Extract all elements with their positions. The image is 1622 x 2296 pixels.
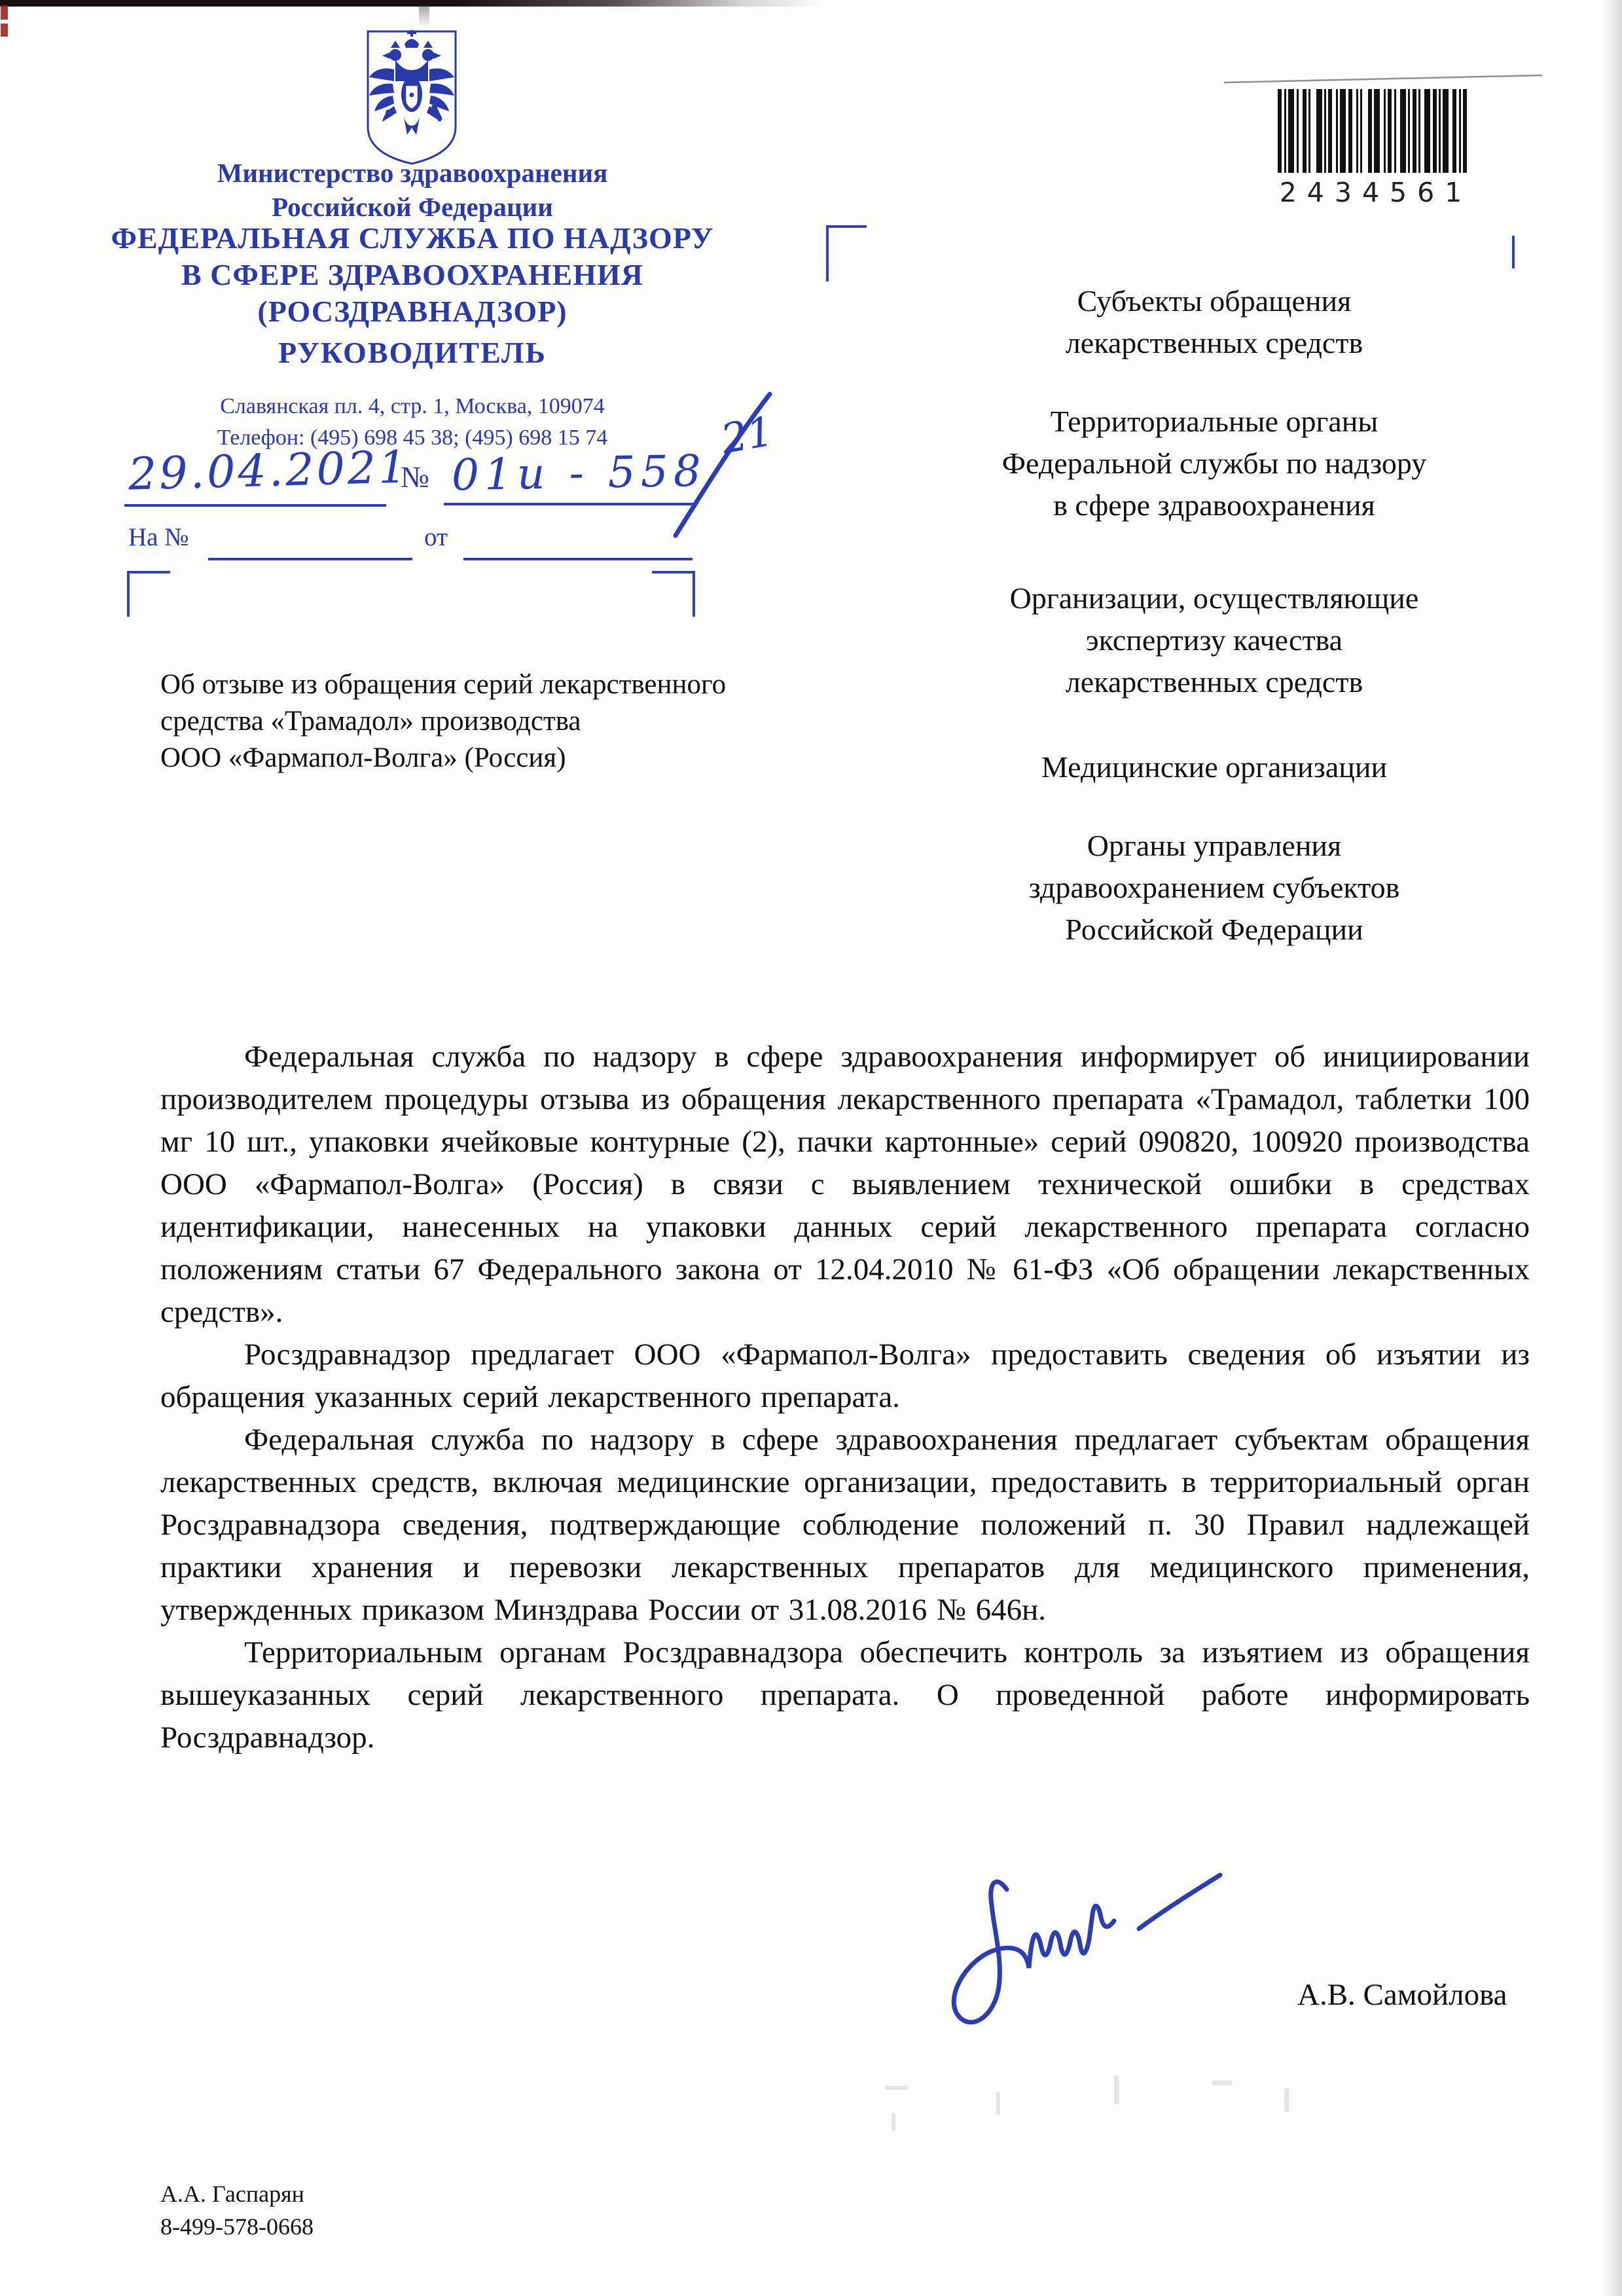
office-address: Славянская пл. 4, стр. 1, Москва, 109074 [85, 391, 740, 422]
scan-ghost-mark [996, 2092, 1000, 2115]
body-paragraph: Федеральная служба по надзору в сфере зд… [160, 1419, 1530, 1631]
executor-name: А.А. Гаспарян [160, 2180, 304, 2208]
ref-date-underline [463, 558, 693, 560]
ref-number-underline [208, 558, 412, 560]
date-underline [124, 504, 386, 507]
recipient-group: Субъекты обращения лекарственных средств [952, 280, 1476, 364]
recipient-group: Организации, осуществляющие экспертизу к… [952, 577, 1476, 703]
corner-bracket-icon [127, 571, 170, 617]
scan-ghost-mark [885, 2086, 907, 2090]
scan-ghost-mark [892, 2113, 895, 2130]
barcode: 2434561 [1278, 89, 1474, 208]
letter-body: Федеральная служба по надзору в сфере зд… [160, 1036, 1530, 1759]
scan-ghost-mark [1212, 2081, 1232, 2085]
service-name: ФЕДЕРАЛЬНАЯ СЛУЖБА ПО НАДЗОРУ В СФЕРЕ ЗД… [85, 220, 740, 330]
ref-number-label: На № [128, 522, 189, 552]
executor-phone: 8-499-578-0668 [160, 2213, 314, 2240]
body-paragraph: Федеральная служба по надзору в сфере зд… [160, 1036, 1530, 1334]
scan-top-bar [0, 0, 821, 7]
letter-subject: Об отзыве из обращения серий лекарственн… [160, 666, 802, 776]
scan-red-mark [1, 24, 8, 37]
body-paragraph: Территориальным органам Росздравнадзора … [160, 1631, 1530, 1759]
corner-bracket-icon [652, 571, 695, 617]
signer-position: РУКОВОДИТЕЛЬ [85, 335, 740, 370]
signer-name: А.В. Самойлова [1297, 1977, 1507, 2013]
number-underline [444, 503, 694, 505]
scanned-letter-page: Министерство здравоохранения Российской … [0, 0, 1622, 2296]
body-paragraph: Росздравнадзор предлагает ООО «Фармапол-… [160, 1334, 1530, 1419]
recipient-group: Территориальные органы Федеральной служб… [952, 401, 1476, 526]
recipient-group: Органы управления здравоохранением субъе… [952, 825, 1476, 951]
ref-from-label: от [424, 522, 448, 552]
ministry-name: Министерство здравоохранения Российской … [85, 156, 740, 224]
signature-autograph-icon [943, 1851, 1361, 2068]
corner-bracket-icon [826, 225, 867, 282]
scan-smudge [419, 5, 429, 27]
handwritten-date: 29.04.2021 [128, 441, 410, 500]
scan-line [1219, 71, 1546, 86]
recipient-group: Медицинские организации [952, 746, 1476, 788]
russia-coat-of-arms-icon [364, 29, 460, 166]
scan-ghost-mark [1114, 2075, 1119, 2104]
corner-bracket-icon [1512, 236, 1517, 268]
handwritten-reg-suffix: 21 [717, 407, 776, 464]
barcode-value: 2434561 [1278, 177, 1474, 208]
number-sign: № [401, 460, 429, 494]
scan-ghost-mark [1284, 2088, 1289, 2112]
scan-red-mark [1, 5, 8, 20]
scan-edge-shadow [1602, 0, 1622, 2296]
barcode-bars [1278, 89, 1474, 173]
